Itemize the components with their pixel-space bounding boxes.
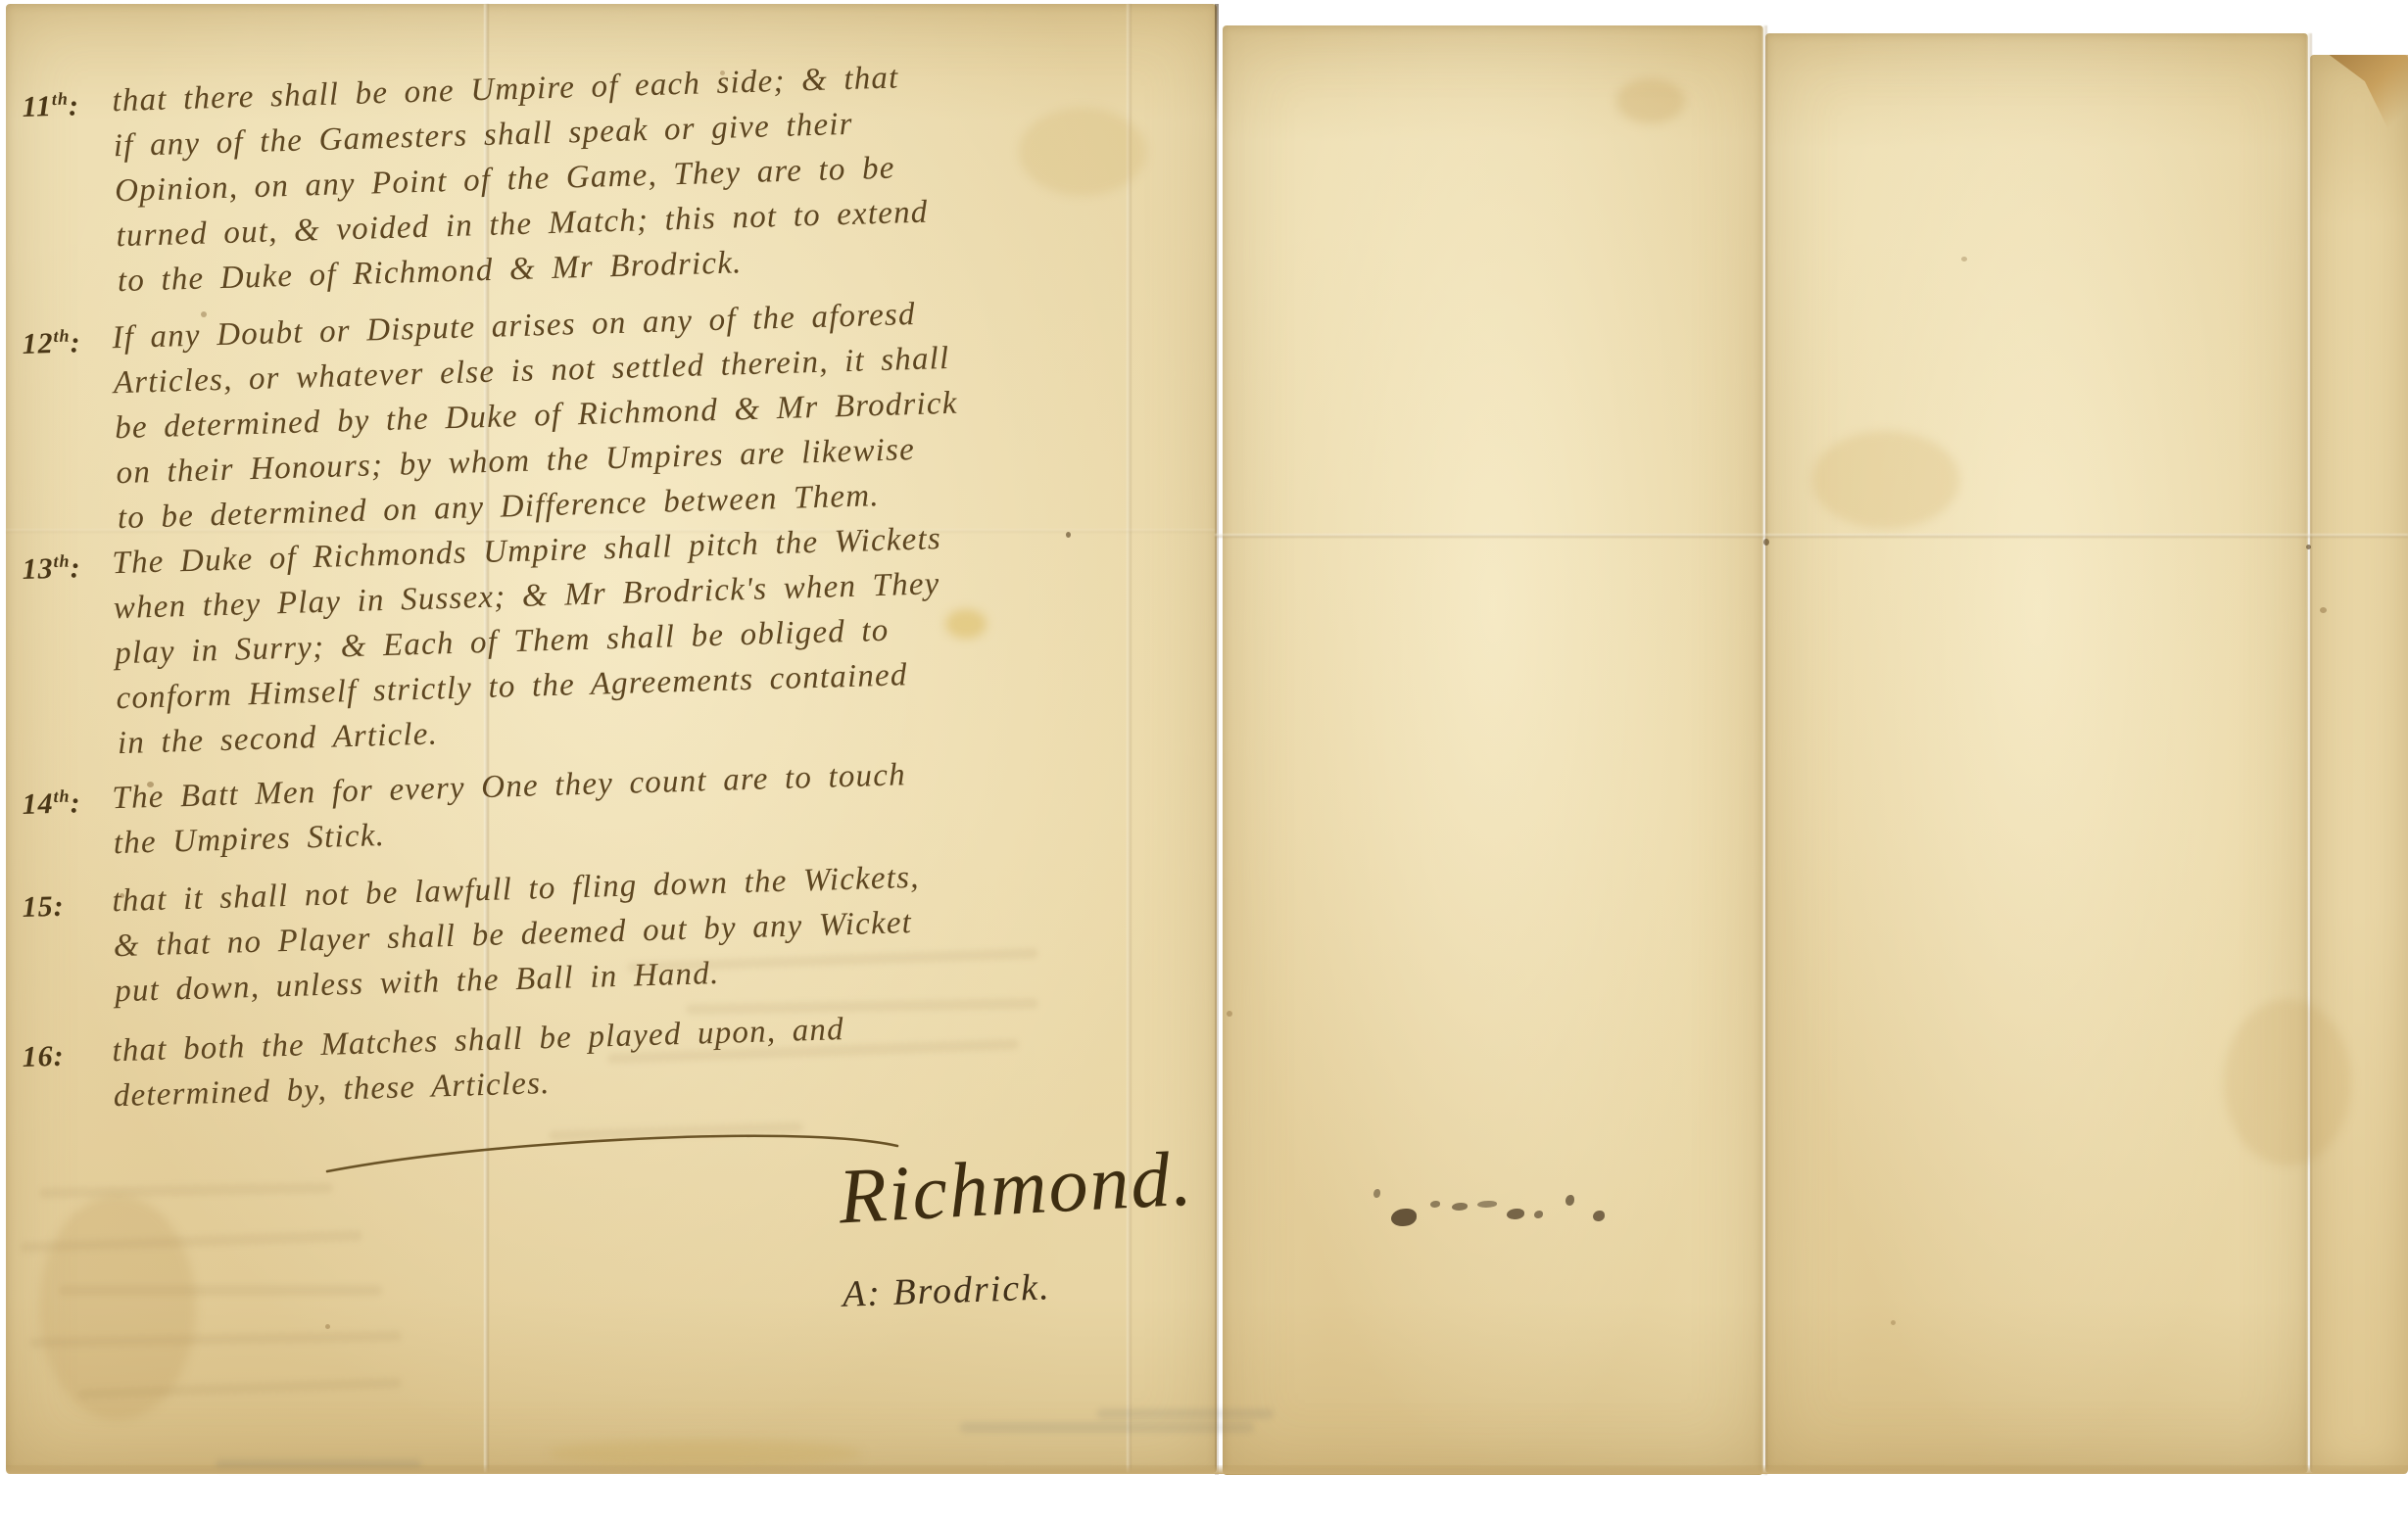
pencil-smudge — [960, 1422, 1254, 1433]
foxing-speck — [720, 71, 725, 75]
article-11: 11th: that there shall be one Umpire of … — [22, 60, 931, 311]
fold-crease-horizontal — [1215, 534, 2408, 538]
foxing-speck — [1961, 257, 1967, 262]
pin-hole — [2306, 545, 2311, 549]
stain — [1019, 108, 1146, 196]
fold-crease-vertical — [1762, 25, 1767, 1475]
pin-hole — [1763, 539, 1769, 546]
stain — [1616, 78, 1685, 123]
fold-crease-vertical — [2307, 33, 2312, 1473]
article-number: 13th: — [22, 550, 81, 587]
stain — [39, 1195, 196, 1420]
pencil-smudge — [1097, 1408, 1274, 1419]
article-16: 16: that both the Matches shall be playe… — [22, 1012, 846, 1126]
article-13: 13th: The Duke of Richmonds Umpire shall… — [22, 521, 947, 774]
article-15: 15: that it shall not be lawfull to flin… — [22, 860, 923, 1022]
stain — [1812, 431, 1959, 529]
paper-panel-blank-2 — [1765, 33, 2308, 1473]
stain — [549, 1440, 862, 1467]
scanned-manuscript: 11th: that there shall be one Umpire of … — [0, 0, 2408, 1522]
pen-flourish-stroke — [323, 1132, 901, 1182]
stain — [945, 609, 987, 639]
foxing-speck — [2320, 607, 2327, 613]
foxing-speck — [325, 1324, 330, 1329]
signature-richmond: Richmond. — [837, 1135, 1196, 1243]
article-number: 14th: — [22, 785, 81, 822]
foxing-speck — [120, 893, 124, 898]
foxing-speck — [147, 782, 154, 787]
article-12: 12th: If any Doubt or Dispute arises on … — [22, 296, 961, 548]
article-14: 14th: The Batt Men for every One they co… — [22, 757, 908, 874]
stain — [2224, 999, 2351, 1165]
ink-smudge — [1391, 1187, 1665, 1246]
fold-gap — [1215, 4, 1219, 1475]
article-number: 16: — [22, 1039, 65, 1074]
article-number: 12th: — [22, 325, 81, 361]
article-number: 11th: — [22, 88, 79, 124]
foxing-speck — [1227, 1011, 1232, 1017]
article-number: 15: — [22, 889, 65, 925]
foxing-speck — [201, 311, 207, 317]
paper-panel-blank-1 — [1223, 25, 1763, 1475]
paper-panel-blank-3 — [2310, 55, 2408, 1473]
foxing-speck — [1891, 1320, 1896, 1325]
paper-bottom-edge — [6, 1465, 2408, 1474]
signature-brodrick: A: Brodrick. — [842, 1265, 1051, 1315]
